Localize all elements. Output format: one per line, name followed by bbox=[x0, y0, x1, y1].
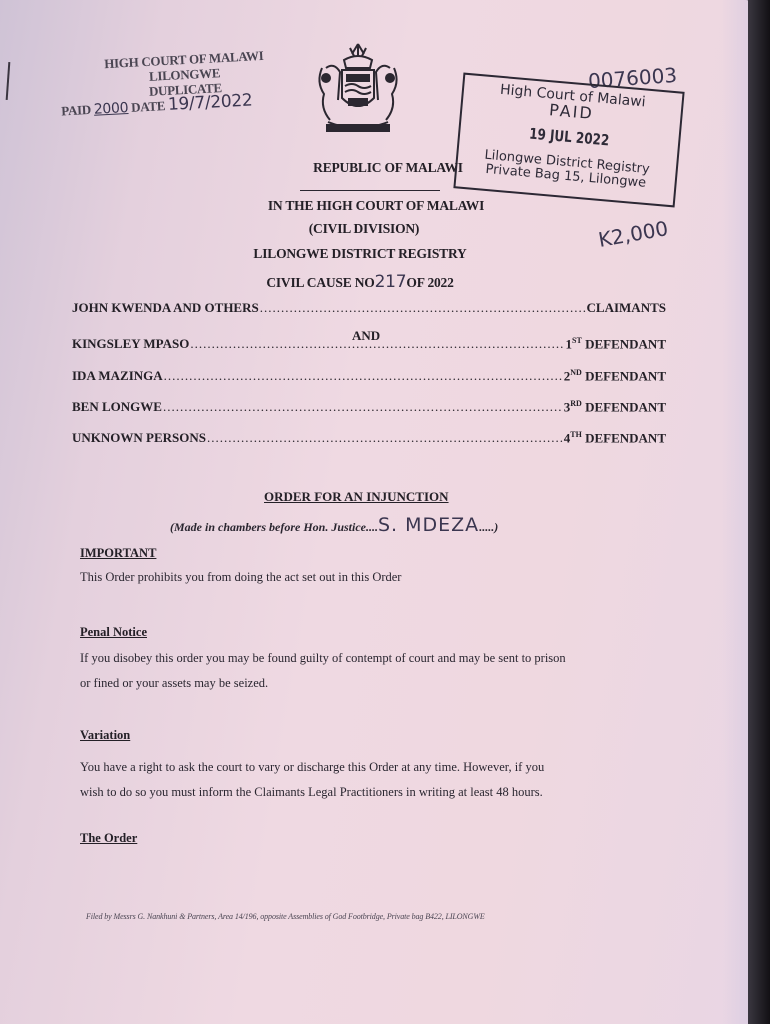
duplicate-fee-stamp: HIGH COURT OF MALAWI LILONGWE DUPLICATE … bbox=[59, 45, 312, 119]
party-defendant-3: BEN LONGWE 3RD DEFENDANT bbox=[72, 399, 666, 415]
party-name: JOHN KWENDA AND OTHERS bbox=[72, 300, 259, 316]
margin-pen-mark bbox=[6, 62, 11, 100]
civil-cause-number-handwritten: 217 bbox=[375, 272, 407, 292]
section-penal-notice-title: Penal Notice bbox=[80, 625, 147, 640]
order-title: ORDER FOR AN INJUNCTION bbox=[264, 489, 449, 505]
party-role: 4TH DEFENDANT bbox=[564, 430, 666, 446]
section-variation-body: You have a right to ask the court to var… bbox=[80, 755, 680, 805]
malawi-coat-of-arms-icon bbox=[312, 38, 404, 138]
made-before-justice: (Made in chambers before Hon. Justice...… bbox=[170, 514, 498, 536]
leader-dots bbox=[190, 336, 564, 352]
heading-court: IN THE HIGH COURT OF MALAWI bbox=[0, 198, 752, 214]
section-the-order-title: The Order bbox=[80, 831, 137, 846]
section-variation-title: Variation bbox=[80, 728, 130, 743]
party-name: KINGSLEY MPASO bbox=[72, 336, 189, 352]
stamp-date-label: DATE bbox=[131, 98, 166, 115]
leader-dots bbox=[164, 368, 563, 384]
paid-stamp: High Court of Malawi PAID 19 JUL 2022 Li… bbox=[453, 73, 684, 208]
heading-republic: REPUBLIC OF MALAWI bbox=[12, 160, 752, 176]
party-defendant-2: IDA MAZINGA 2ND DEFENDANT bbox=[72, 368, 666, 384]
heading-division: (CIVIL DIVISION) bbox=[0, 221, 740, 237]
party-role: CLAIMANTS bbox=[587, 300, 666, 316]
justice-name-handwritten: S. MDEZA bbox=[378, 514, 479, 536]
heading-civil-cause: CIVIL CAUSE NO217OF 2022 bbox=[0, 272, 736, 292]
heading-registry: LILONGWE DISTRICT REGISTRY bbox=[0, 246, 736, 262]
leader-dots bbox=[163, 399, 563, 415]
stamp-date-handwritten: 19/7/2022 bbox=[168, 91, 253, 115]
party-name: BEN LONGWE bbox=[72, 399, 162, 415]
filed-by-footer: Filed by Messrs G. Nankhuni & Partners, … bbox=[86, 912, 485, 921]
civil-cause-prefix: CIVIL CAUSE NO bbox=[266, 275, 374, 290]
heading-rule bbox=[300, 190, 440, 191]
section-important-body: This Order prohibits you from doing the … bbox=[80, 565, 680, 590]
section-important-title: IMPORTANT bbox=[80, 546, 156, 561]
party-role: 1ST DEFENDANT bbox=[566, 336, 666, 352]
party-name: UNKNOWN PERSONS bbox=[72, 430, 206, 446]
party-claimant: JOHN KWENDA AND OTHERS CLAIMANTS bbox=[72, 300, 666, 316]
stamp-paid-amount: 2000 bbox=[93, 100, 128, 118]
party-defendant-1: KINGSLEY MPASO 1ST DEFENDANT bbox=[72, 336, 666, 352]
party-name: IDA MAZINGA bbox=[72, 368, 163, 384]
stamp-paid-label: PAID bbox=[61, 102, 91, 119]
background-edge bbox=[748, 0, 770, 1024]
leader-dots bbox=[207, 430, 563, 446]
document-page: HIGH COURT OF MALAWI LILONGWE DUPLICATE … bbox=[0, 0, 752, 1024]
party-defendant-4: UNKNOWN PERSONS 4TH DEFENDANT bbox=[72, 430, 666, 446]
party-role: 3RD DEFENDANT bbox=[564, 399, 666, 415]
paid-stamp-date: 19 JUL 2022 bbox=[482, 120, 657, 153]
civil-cause-suffix: OF 2022 bbox=[406, 275, 453, 290]
section-penal-notice-body: If you disobey this order you may be fou… bbox=[80, 646, 680, 696]
party-role: 2ND DEFENDANT bbox=[564, 368, 666, 384]
leader-dots bbox=[260, 300, 586, 316]
